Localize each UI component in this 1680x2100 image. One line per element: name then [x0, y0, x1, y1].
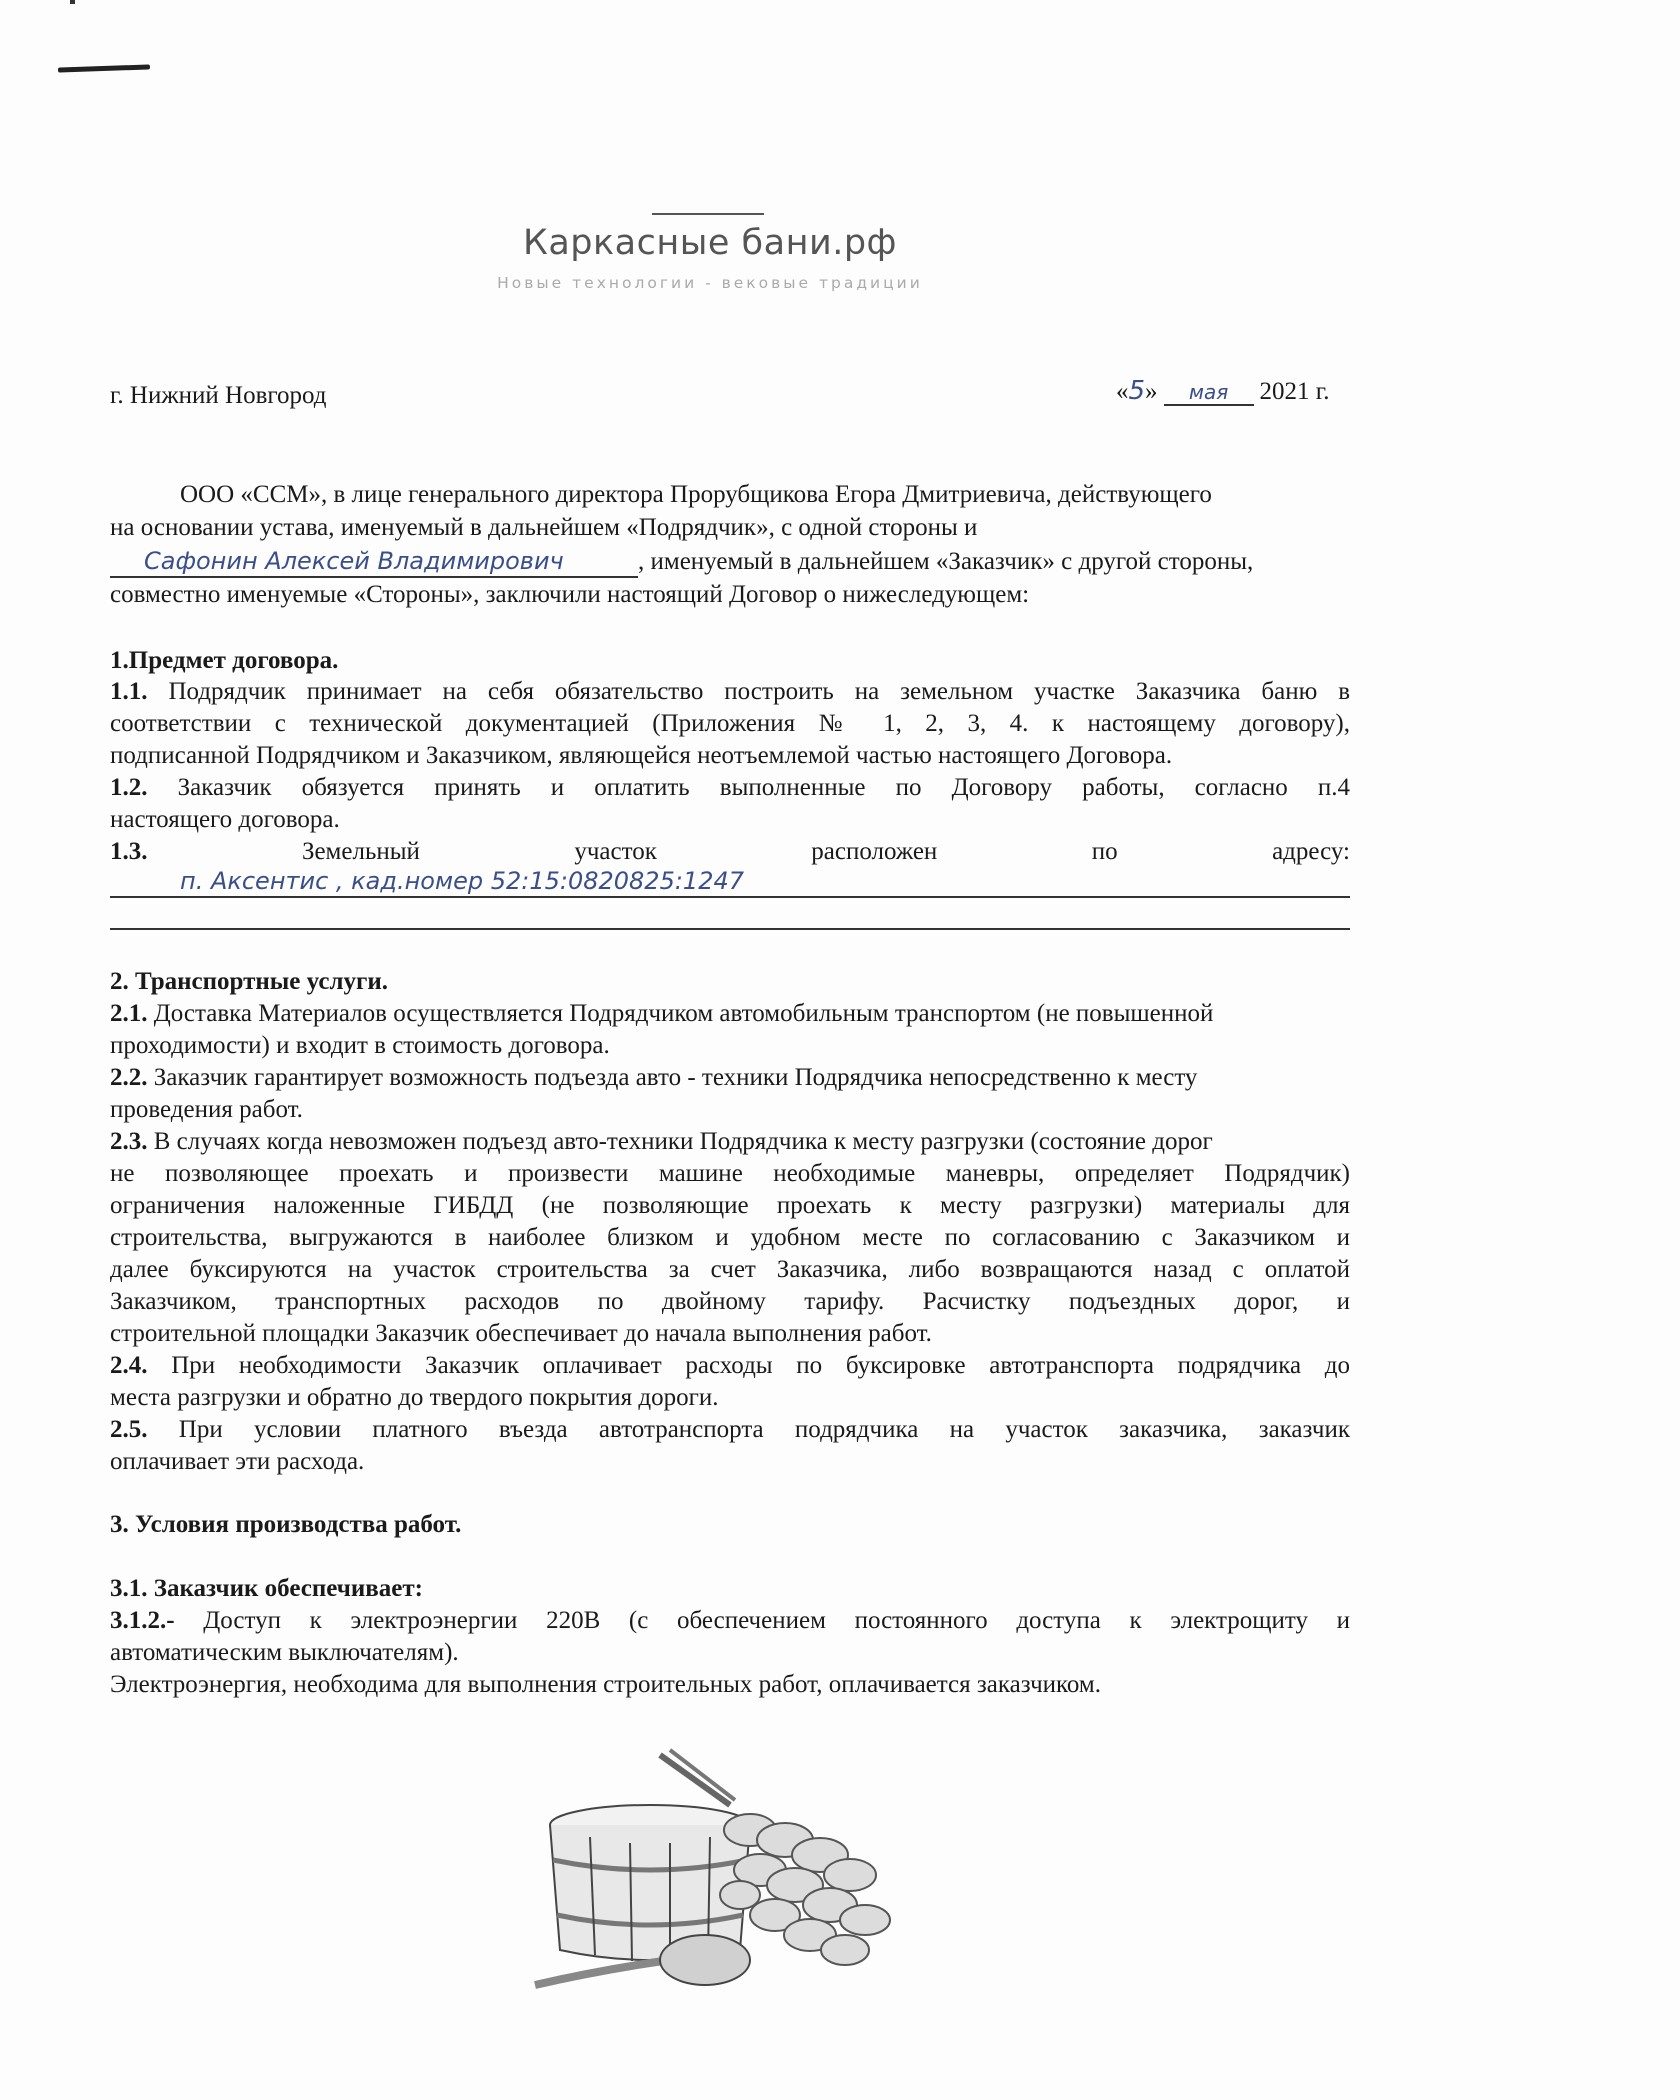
address-underline-1 [110, 896, 1350, 898]
word: Земельный [302, 837, 420, 867]
date-year: 2021 г. [1260, 378, 1330, 405]
clause-number: 2.5. [110, 1416, 148, 1443]
date-quote-open: « [1116, 378, 1129, 405]
address-handwritten: п. Аксентис , кад.номер 52:15:0820825:12… [180, 866, 1420, 896]
clause-number: 1.3. [110, 837, 148, 867]
logo-tagline: Новые технологии - вековые традиции [455, 274, 965, 292]
preamble-line-3-rest: , именуемый в дальнейшем «Заказчик» с др… [638, 548, 1253, 575]
clause-1-2-line-1: 1.2. Заказчик обязуется принять и оплати… [110, 773, 1350, 803]
date-month: мая [1164, 380, 1254, 406]
clause-2-4-line-2: места разгрузки и обратно до твердого по… [110, 1383, 1350, 1413]
clause-2-3-line-3: ограничения наложенные ГИБДД (не позволя… [110, 1191, 1350, 1221]
clause-1-1-line-3: подписанной Подрядчиком и Заказчиком, яв… [110, 741, 1350, 771]
date-day: 5 [1129, 376, 1146, 406]
word: участок [574, 837, 657, 867]
clause-number: 2.3. [110, 1128, 148, 1155]
clause-text: Доставка Материалов осуществляется Подря… [154, 1000, 1214, 1027]
date-quote-close: » [1145, 378, 1158, 405]
clause-number: 3.1.2.- [110, 1607, 175, 1634]
clause-2-3-line-4: строительства, выгружаются в наиболее бл… [110, 1223, 1350, 1253]
clause-number: 2.1. [110, 1000, 148, 1027]
clause-2-3-line-7: строительной площадки Заказчик обеспечив… [110, 1319, 1350, 1349]
contract-page: Каркасные бани.рф Новые технологии - век… [0, 0, 1680, 2100]
clause-number: 1.2. [110, 774, 148, 801]
section-3-title: 3. Условия производства работ. [110, 1510, 1350, 1540]
clause-3-1-2-line-2: автоматическим выключателям). [110, 1638, 1350, 1668]
scan-artifact [70, 0, 75, 4]
clause-1-1-line-1: 1.1. Подрядчик принимает на себя обязате… [110, 677, 1350, 707]
logo-title: Каркасные бани.рф [490, 223, 930, 263]
bath-tub-broom-ladle-illustration-icon [520, 1745, 940, 2005]
city: г. Нижний Новгород [110, 382, 327, 410]
logo-rule [652, 213, 764, 215]
preamble-line-3: Сафонин Алексей Владимирович, именуемый … [110, 546, 1350, 578]
address-underline-2 [110, 928, 1350, 930]
preamble-line-4: совместно именуемые «Стороны», заключили… [110, 580, 1350, 610]
clause-2-1-line-1: 2.1. Доставка Материалов осуществляется … [110, 999, 1350, 1029]
scan-pen-mark [58, 64, 150, 72]
clause-2-1-line-2: проходимости) и входит в стоимость догов… [110, 1031, 1350, 1061]
word: по [1092, 837, 1118, 867]
clause-number: 1.1. [110, 678, 148, 705]
section-3-1-title: 3.1. Заказчик обеспечивает: [110, 1574, 1350, 1604]
customer-name-handwritten: Сафонин Алексей Владимирович [110, 546, 638, 578]
electricity-note: Электроэнергия, необходима для выполнени… [110, 1670, 1350, 1700]
clause-2-3-line-5: далее буксируются на участок строительст… [110, 1255, 1350, 1285]
clause-text: Заказчик обязуется принять и оплатить вы… [178, 774, 1350, 801]
clause-1-3-line-1: 1.3. Земельный участок расположен по адр… [110, 837, 1350, 867]
clause-1-2-line-2: настоящего договора. [110, 805, 1350, 835]
preamble-line-1: ООО «ССМ», в лице генерального директора… [180, 480, 1350, 510]
preamble-line-2: на основании устава, именуемый в дальней… [110, 513, 1350, 543]
clause-3-1-2-line-1: 3.1.2.- Доступ к электроэнергии 220В (с … [110, 1606, 1350, 1636]
clause-text: В случаях когда невозможен подъезд авто-… [154, 1128, 1213, 1155]
clause-number: 2.4. [110, 1352, 148, 1379]
word: адресу: [1272, 837, 1350, 867]
clause-text: Доступ к электроэнергии 220В (с обеспече… [203, 1607, 1350, 1634]
clause-1-1-line-2: соответствии с технической документацией… [110, 709, 1350, 739]
word: расположен [811, 837, 937, 867]
clause-text: При необходимости Заказчик оплачивает ра… [171, 1352, 1350, 1379]
clause-text: Подрядчик принимает на себя обязательств… [168, 678, 1350, 705]
clause-2-2-line-1: 2.2. Заказчик гарантирует возможность по… [110, 1063, 1350, 1093]
clause-text: Заказчик гарантирует возможность подъезд… [154, 1064, 1198, 1091]
clause-2-3-line-1: 2.3. В случаях когда невозможен подъезд … [110, 1127, 1350, 1157]
clause-2-3-line-2: не позволяющее проехать и произвести маш… [110, 1159, 1350, 1189]
section-2-title: 2. Транспортные услуги. [110, 967, 1350, 997]
clause-2-5-line-2: оплачивает эти расхода. [110, 1447, 1350, 1477]
clause-2-5-line-1: 2.5. При условии платного въезда автотра… [110, 1415, 1350, 1445]
clause-2-2-line-2: проведения работ. [110, 1095, 1350, 1125]
contract-date: «5»мая2021 г. [1116, 376, 1329, 406]
clause-2-3-line-6: Заказчиком, транспортных расходов по дво… [110, 1287, 1350, 1317]
clause-number: 2.2. [110, 1064, 148, 1091]
clause-text: При условии платного въезда автотранспор… [179, 1416, 1350, 1443]
clause-2-4-line-1: 2.4. При необходимости Заказчик оплачива… [110, 1351, 1350, 1381]
section-1-title: 1.Предмет договора. [110, 646, 1350, 676]
